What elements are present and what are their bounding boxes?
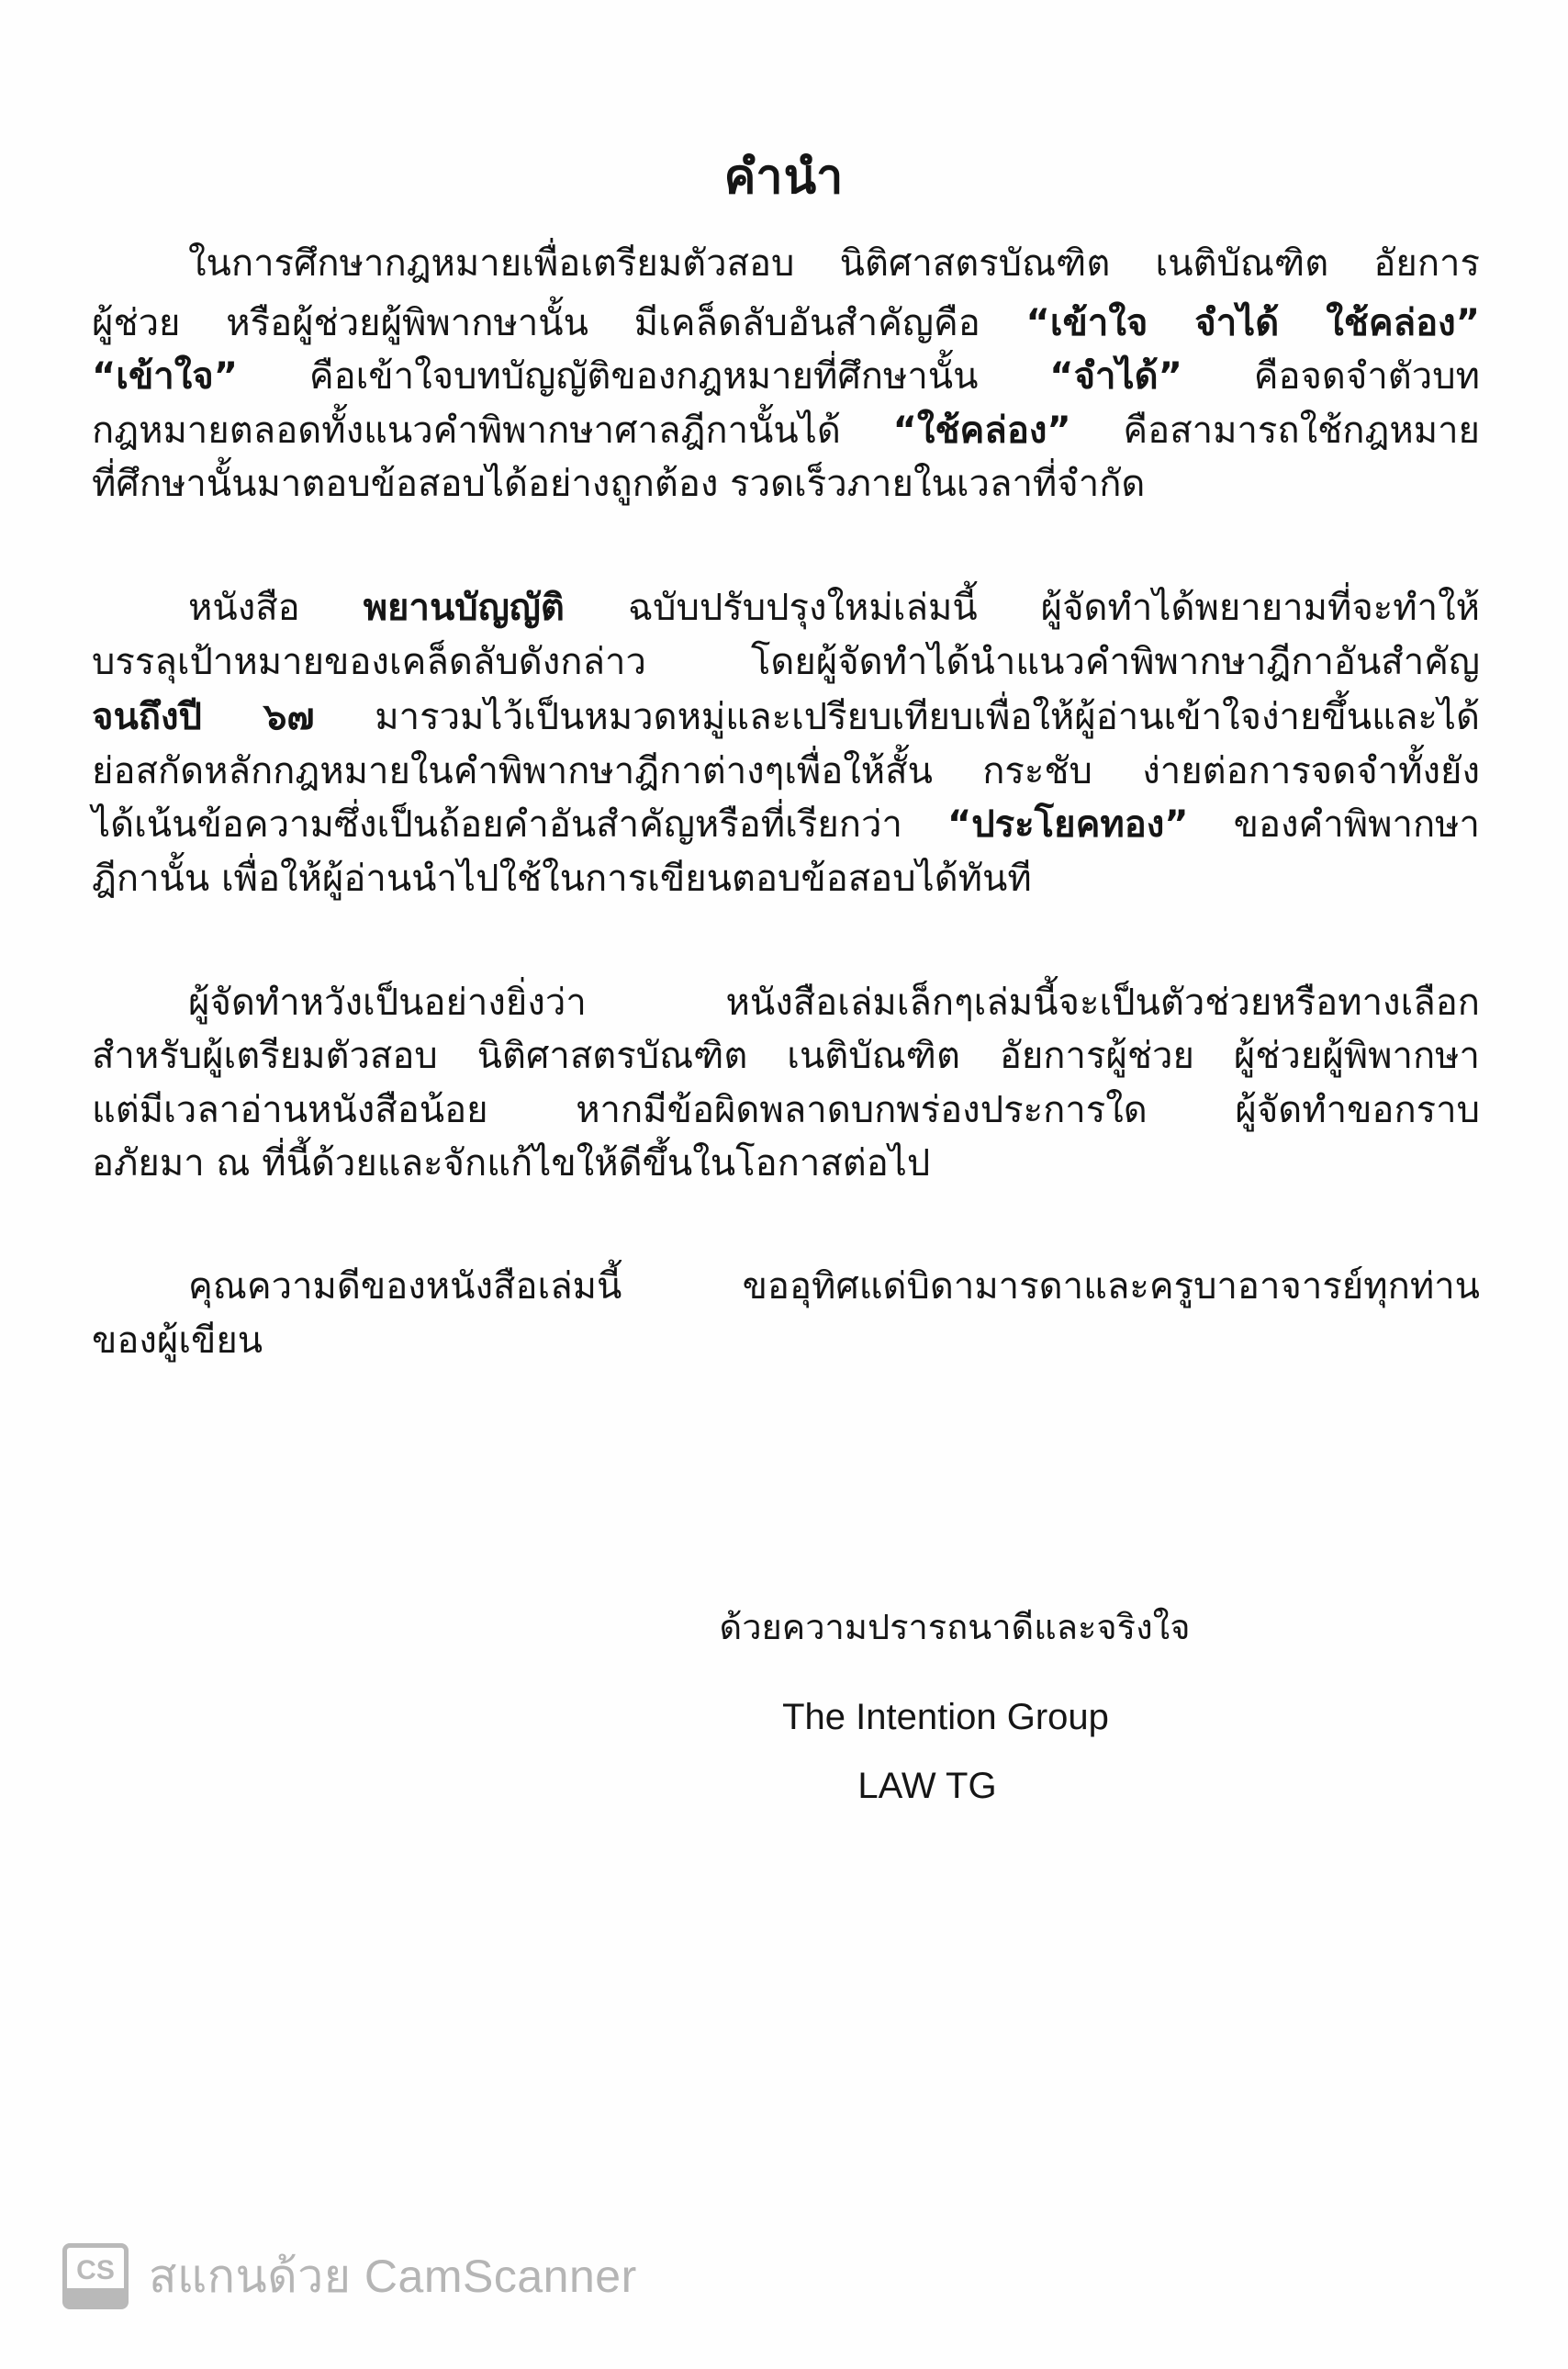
paragraph-2-line-2: บรรลุเป้าหมายของเคล็ดลับดังกล่าว โดยผู้จ… xyxy=(92,635,1480,689)
paragraph-2-line-6: ฎีกานั้น เพื่อให้ผู้อ่านนำไปใช้ในการเขีย… xyxy=(92,852,1480,905)
text-segment: ได้เน้นข้อความซึ่งเป็นถ้อยคำอันสำคัญหรือ… xyxy=(92,803,947,846)
text-segment: แต่มีเวลาอ่านหนังสือน้อย หากมีข้อผิดพลาด… xyxy=(92,1089,1480,1131)
text-segment: สำหรับผู้เตรียมตัวสอบ นิติศาสตรบัณฑิต เน… xyxy=(92,1035,1480,1077)
text-segment: หนังสือ xyxy=(188,587,364,629)
paragraph-2-line-4: ย่อสกัดหลักกฎหมายในคำพิพากษาฎีกาต่างๆเพื… xyxy=(92,745,1480,798)
logo-text: CS xyxy=(76,2255,115,2286)
text-segment: ย่อสกัดหลักกฎหมายในคำพิพากษาฎีกาต่างๆเพื… xyxy=(92,750,1480,792)
signature-closing: ด้วยความปรารถนาดีและจริงใจ xyxy=(679,1604,1230,1650)
paragraph-3-line-1: ผู้จัดทำหวังเป็นอย่างยิ่งว่า หนังสือเล่ม… xyxy=(188,976,1480,1029)
text-segment: มารวมไว้เป็นหมวดหมู่และเปรียบเทียบเพื่อใ… xyxy=(314,696,1480,738)
paragraph-2-line-5: ได้เน้นข้อความซึ่งเป็นถ้อยคำอันสำคัญหรือ… xyxy=(92,798,1480,851)
text-segment: กฎหมายตลอดทั้งแนวคำพิพากษาศาลฎีกานั้นได้ xyxy=(92,410,893,452)
paragraph-2-line-1: หนังสือ พยานบัญญัติ ฉบับปรับปรุงใหม่เล่ม… xyxy=(188,581,1480,634)
emphasized-text: จนถึงปี ๖๗ xyxy=(92,696,314,738)
text-segment: ของผู้เขียน xyxy=(92,1319,263,1362)
paragraph-1-line-2: ผู้ช่วย หรือผู้ช่วยผู้พิพากษานั้น มีเคล็… xyxy=(92,297,1480,350)
text-segment: ของคำพิพากษา xyxy=(1189,803,1480,846)
text-segment: บรรลุเป้าหมายของเคล็ดลับดังกล่าว โดยผู้จ… xyxy=(92,641,1480,683)
emphasized-text: พยานบัญญัติ xyxy=(364,587,565,629)
text-segment: ผู้จัดทำหวังเป็นอย่างยิ่งว่า หนังสือเล่ม… xyxy=(188,982,1480,1024)
paragraph-2-line-3: จนถึงปี ๖๗ มารวมไว้เป็นหมวดหมู่และเปรียบ… xyxy=(92,690,1480,744)
signature-short-name: LAW TG xyxy=(652,1763,1203,1809)
signature-group: The Intention Group xyxy=(670,1694,1221,1740)
paragraph-1-line-4: กฎหมายตลอดทั้งแนวคำพิพากษาศาลฎีกานั้นได้… xyxy=(92,404,1480,457)
text-segment: คือจดจำตัวบท xyxy=(1182,355,1480,398)
emphasized-text: “ประโยคทอง” xyxy=(947,803,1189,846)
paragraph-3-line-2: สำหรับผู้เตรียมตัวสอบ นิติศาสตรบัณฑิต เน… xyxy=(92,1029,1480,1083)
text-segment: ที่ศึกษานั้นมาตอบข้อสอบได้อย่างถูกต้อง ร… xyxy=(92,463,1145,505)
paragraph-4-line-2: ของผู้เขียน xyxy=(92,1314,1480,1367)
camscanner-watermark: CS สแกนด้วย CamScanner xyxy=(62,2243,637,2309)
text-segment: ฉบับปรับปรุงใหม่เล่มนี้ ผู้จัดทำได้พยายา… xyxy=(565,587,1480,629)
paragraph-1-line-5: ที่ศึกษานั้นมาตอบข้อสอบได้อย่างถูกต้อง ร… xyxy=(92,457,1480,511)
text-segment: ผู้ช่วย หรือผู้ช่วยผู้พิพากษานั้น มีเคล็… xyxy=(92,302,1026,344)
text-segment: คุณความดีของหนังสือเล่มนี้ ขออุทิศแด่บิด… xyxy=(188,1265,1480,1308)
text-segment: คือสามารถใช้กฎหมาย xyxy=(1071,410,1480,452)
text-segment: คือเข้าใจบทบัญญัติของกฎหมายที่ศึกษานั้น xyxy=(238,355,1049,398)
paragraph-1-line-3: “เข้าใจ” คือเข้าใจบทบัญญัติของกฎหมายที่ศ… xyxy=(92,350,1480,403)
page-title: คำนำ xyxy=(0,138,1568,214)
text-segment: ในการศึกษากฎหมายเพื่อเตรียมตัวสอบ นิติศา… xyxy=(188,242,1480,285)
paragraph-3-line-3: แต่มีเวลาอ่านหนังสือน้อย หากมีข้อผิดพลาด… xyxy=(92,1083,1480,1137)
text-segment: ฎีกานั้น เพื่อให้ผู้อ่านนำไปใช้ในการเขีย… xyxy=(92,858,1032,900)
emphasized-text: “เข้าใจ” xyxy=(92,355,238,398)
camscanner-logo-icon: CS xyxy=(62,2243,129,2309)
text-segment: อภัยมา ณ ที่นี้ด้วยและจักแก้ไขให้ดีขึ้นใ… xyxy=(92,1142,930,1184)
scanned-page: คำนำ ในการศึกษากฎหมายเพื่อเตรียมตัวสอบ น… xyxy=(0,0,1568,2369)
emphasized-text: “เข้าใจ จำได้ ใช้คล่อง” xyxy=(1026,302,1480,344)
paragraph-4-line-1: คุณความดีของหนังสือเล่มนี้ ขออุทิศแด่บิด… xyxy=(188,1260,1480,1313)
paragraph-1-line-1: ในการศึกษากฎหมายเพื่อเตรียมตัวสอบ นิติศา… xyxy=(188,237,1480,290)
paragraph-3-line-4: อภัยมา ณ ที่นี้ด้วยและจักแก้ไขให้ดีขึ้นใ… xyxy=(92,1137,1480,1190)
emphasized-text: “ใช้คล่อง” xyxy=(893,410,1071,452)
watermark-text: สแกนด้วย CamScanner xyxy=(149,2240,637,2313)
emphasized-text: “จำได้” xyxy=(1049,355,1182,398)
